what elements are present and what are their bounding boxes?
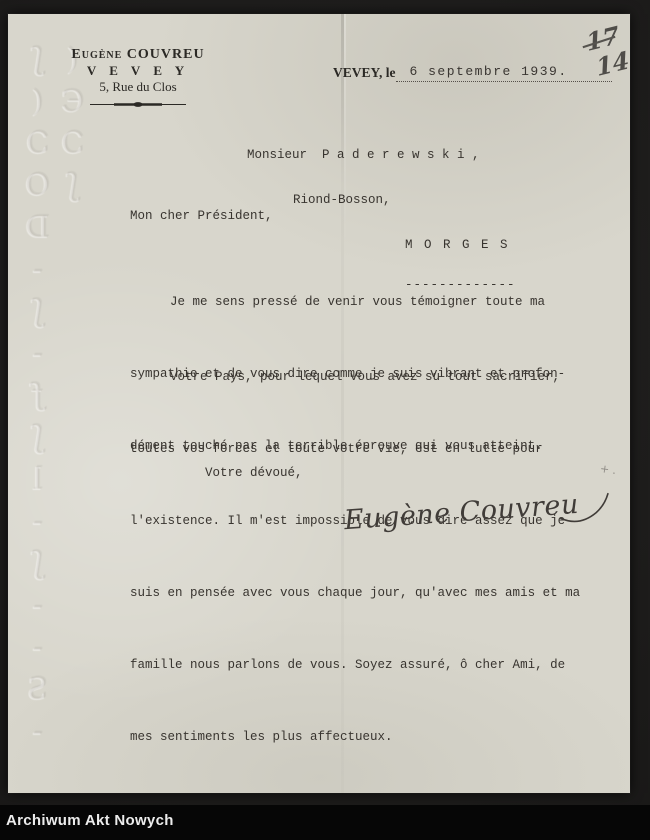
- body-paragraph-2: Votre Pays, pour lequel vous avez su tou…: [130, 317, 580, 797]
- body-line: toutes vos forces et toute votre vie, es…: [130, 437, 580, 461]
- signature-text: Eugène Couvreu: [342, 489, 580, 536]
- letterhead: Eugène COUVREU V E V E Y 5, Rue du Clos: [52, 47, 224, 108]
- body-line: Je me sens pressé de venir vous témoigne…: [130, 290, 565, 314]
- closing-valediction: Votre dévoué,: [205, 466, 303, 480]
- embossed-bleed-through-text: ʃ(ƆOD-ʃ-ƒʃl-ʃ--S-(ЄƆʃ: [20, 42, 76, 782]
- archive-watermark-text: Archiwum Akt Nowych: [6, 812, 650, 829]
- dateline-dotted-rule: 6 septembre 1939.: [396, 62, 612, 82]
- dateline-place-label: VEVEY, le: [333, 65, 396, 82]
- page-number-current: 14: [594, 45, 630, 82]
- recipient-residence: Riond-Bosson,: [293, 193, 516, 208]
- handwritten-signature: Eugène Couvreu: [336, 478, 621, 550]
- pencil-mark: + .: [599, 462, 617, 477]
- body-line: mes sentiments les plus affectueux.: [130, 725, 580, 749]
- recipient-name: Monsieur P a d e r e w s k i ,: [247, 148, 516, 163]
- letterhead-ornament-rule: [86, 101, 190, 108]
- body-line: famille nous parlons de vous. Soyez assu…: [130, 653, 580, 677]
- archive-scan-page: ʃ(ƆOD-ʃ-ƒʃl-ʃ--S-(ЄƆʃ Eugène COUVREU V E…: [0, 0, 650, 840]
- dateline: VEVEY, le 6 septembre 1939.: [333, 62, 612, 82]
- letter-paper: ʃ(ƆOD-ʃ-ƒʃl-ʃ--S-(ЄƆʃ Eugène COUVREU V E…: [8, 14, 630, 793]
- letterhead-street: 5, Rue du Clos: [52, 79, 224, 95]
- letterhead-city: V E V E Y: [52, 63, 224, 79]
- archive-watermark-band: Archiwum Akt Nowych: [0, 805, 650, 840]
- body-line: suis en pensée avec vous chaque jour, qu…: [130, 581, 580, 605]
- dateline-typed-date: 6 septembre 1939.: [410, 64, 568, 79]
- letterhead-name: Eugène COUVREU: [52, 47, 224, 63]
- salutation: Mon cher Président,: [130, 209, 273, 223]
- body-line: Votre Pays, pour lequel vous avez su tou…: [130, 365, 580, 389]
